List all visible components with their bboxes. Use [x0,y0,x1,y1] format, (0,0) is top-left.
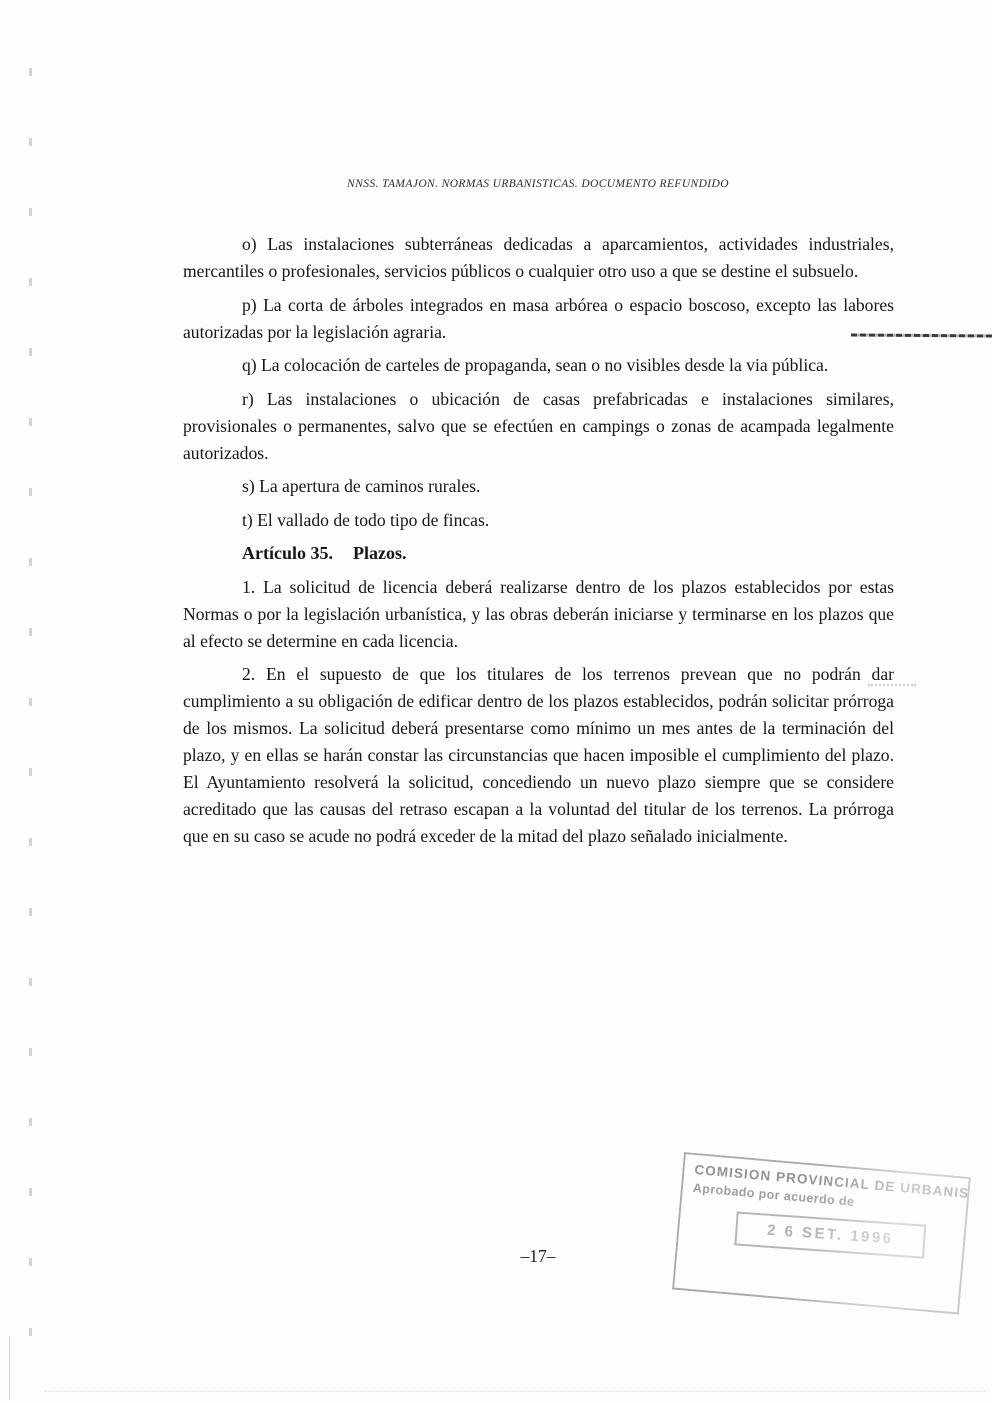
article-heading: Artículo 35.Plazos. [183,540,894,567]
document-body: o) Las instalaciones subterráneas dedica… [183,231,894,857]
paragraph-numbered-2: 2. En el supuesto de que los titulares d… [183,661,894,850]
article-number: Artículo 35. [242,543,333,563]
approval-stamp: COMISION PROVINCIAL DE URBANISMO Aprobad… [672,1152,971,1315]
scanned-document-page: NNSS. TAMAJON. NORMAS URBANISTICAS. DOCU… [0,0,992,1403]
scan-artifact-dots [868,684,916,686]
paragraph-numbered-1: 1. La solicitud de licencia deberá reali… [183,574,894,655]
paragraph-item-s: s) La apertura de caminos rurales. [183,473,894,500]
paragraph-item-r: r) Las instalaciones o ubicación de casa… [183,386,894,467]
paragraph-item-q: q) La colocación de carteles de propagan… [183,352,894,379]
scan-artifact-left-edge [9,1336,10,1400]
paragraph-item-t: t) El vallado de todo tipo de fincas. [183,507,894,534]
article-title: Plazos. [353,543,407,563]
paragraph-item-o: o) Las instalaciones subterráneas dedica… [183,231,894,285]
binding-marks [29,8,32,1395]
paragraph-item-p: p) La corta de árboles integrados en mas… [183,292,894,346]
page-number: –17– [183,1246,893,1267]
scan-artifact-bottom-line [45,1391,985,1392]
document-header: NNSS. TAMAJON. NORMAS URBANISTICAS. DOCU… [183,178,893,190]
